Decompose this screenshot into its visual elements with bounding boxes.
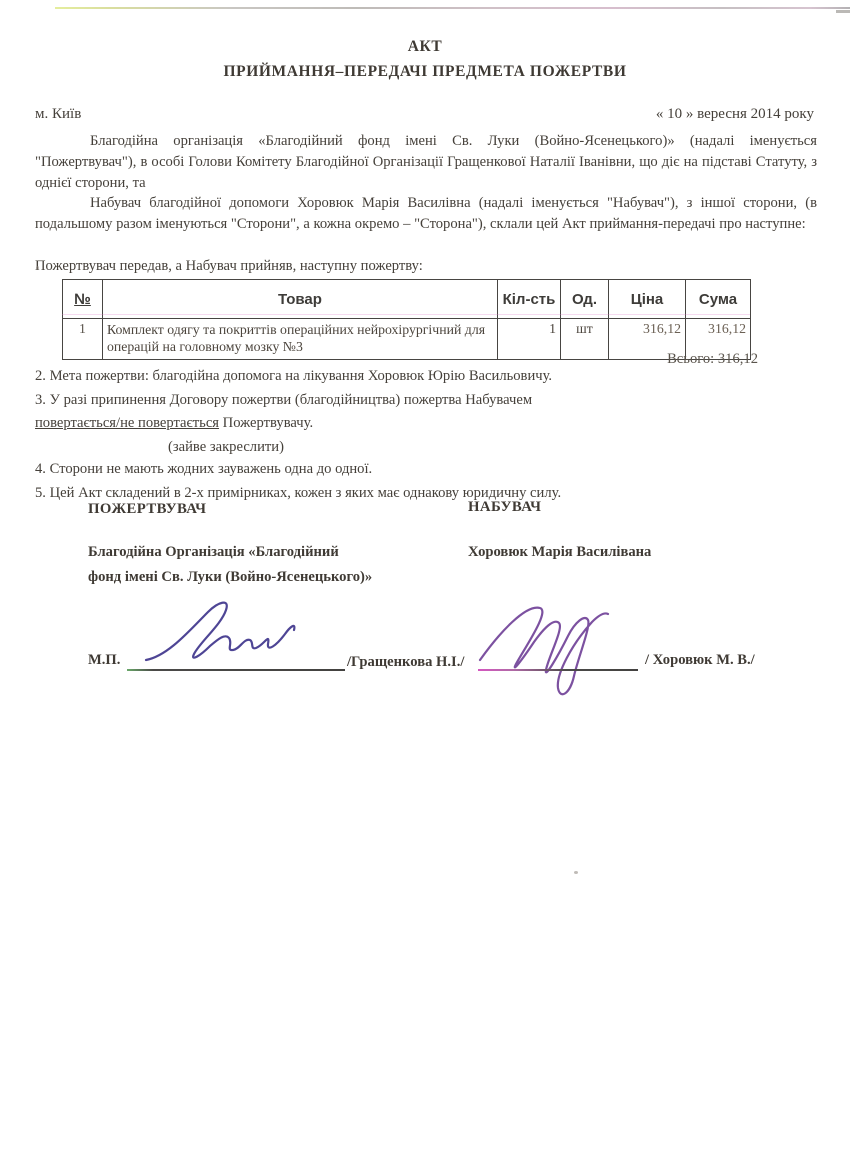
donor-org-line1: Благодійна Організація «Благодійний [88,540,448,565]
clause-3-line1: 3. У разі припинення Договору пожертви (… [35,392,532,409]
clause-3-rest: Пожертвувачу. [219,415,313,431]
col-header-price: Ціна [609,280,686,319]
scan-speck [36,266,39,270]
donor-role-heading: ПОЖЕРТВУВАЧ [88,501,206,518]
donation-table: № Товар Кіл-сть Од. Ціна Сума 1 Комплект… [62,279,751,360]
date-label: « 10 » вересня 2014 року [656,106,814,123]
transfer-line: Пожертвувач передав, а Набувач прийняв, … [35,258,423,275]
donor-signature-line [127,669,345,671]
donor-org-name: Благодійна Організація «Благодійний фонд… [88,540,448,590]
recipient-role-heading: НАБУВАЧ [468,499,541,516]
cell-qty: 1 [498,319,561,360]
scan-speck [574,871,578,874]
table-row: 1 Комплект одягу та покриттів операційни… [63,319,751,360]
cell-item: Комплект одягу та покриттів операційних … [103,319,498,360]
crossout-note: (зайве закреслити) [168,439,284,456]
table-header-row: № Товар Кіл-сть Од. Ціна Сума [63,280,751,319]
clause-2: 2. Мета пожертви: благодійна допомога на… [35,368,552,385]
col-header-item: Товар [103,280,498,319]
clause-4: 4. Сторони не мають жодних зауважень одн… [35,461,372,478]
donor-org-line2: фонд імені Св. Луки (Войно-Ясенецького)» [88,565,448,590]
clause-3-underlined-choice: повертається/не повертається [35,415,219,431]
clause-3-line2: повертається/не повертається Пожертвувач… [35,415,313,432]
col-header-unit: Од. [561,280,609,319]
recipient-signature-line [478,669,638,671]
doc-subtitle: ПРИЙМАННЯ–ПЕРЕДАЧІ ПРЕДМЕТА ПОЖЕРТВИ [0,63,850,81]
donor-sign-name: /Гращенкова Н.І./ [347,650,464,675]
intro-paragraphs: Благодійна організація «Благодійний фонд… [35,131,817,235]
scan-artifact-table-fringe [62,314,750,315]
scan-artifact-corner [836,10,850,13]
paragraph-donor: Благодійна організація «Благодійний фонд… [35,131,817,193]
col-header-sum: Сума [686,280,751,319]
recipient-signature [468,588,658,706]
col-header-qty: Кіл-сть [498,280,561,319]
recipient-sign-name: / Хоровюк М. В./ [645,648,755,673]
cell-num: 1 [63,319,103,360]
cell-unit: шт [561,319,609,360]
total-line: Всього: 316,12 [667,351,758,368]
scan-artifact-top-line [55,7,850,9]
recipient-person-name: Хоровюк Марія Василівана [468,540,651,565]
city-label: м. Київ [35,106,81,123]
paragraph-recipient: Набувач благодійної допомоги Хоровюк Мар… [35,193,817,235]
city-date-row: м. Київ « 10 » вересня 2014 року [35,106,814,123]
scanned-document-page: АКТ ПРИЙМАННЯ–ПЕРЕДАЧІ ПРЕДМЕТА ПОЖЕРТВИ… [0,0,850,1169]
doc-title: АКТ [0,38,850,56]
seal-label: М.П. [88,648,120,673]
col-header-num: № [63,280,103,319]
donor-signature [138,596,348,674]
